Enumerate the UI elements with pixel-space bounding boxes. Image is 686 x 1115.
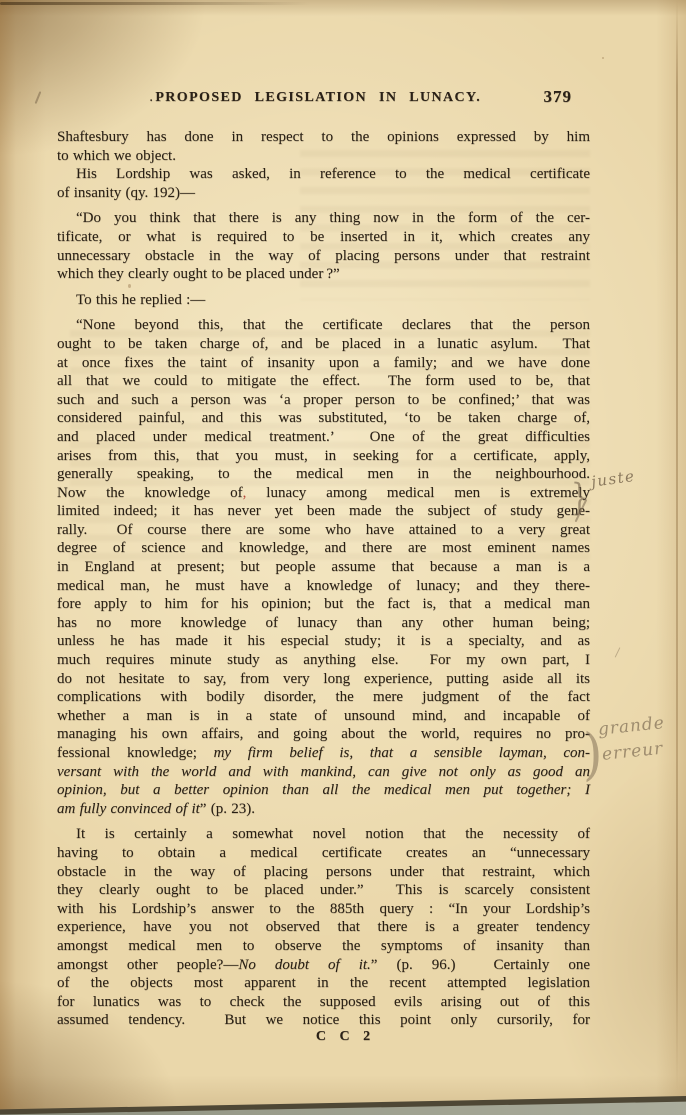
text-line: for lunatics was to check the supposed e… — [57, 993, 590, 1012]
text-line: obstacle in the way of placing persons u… — [57, 863, 590, 882]
text-segment: ” (p. 23). — [200, 801, 255, 817]
paragraph: Shaftesbury has done in respect to the o… — [57, 128, 590, 165]
page-body: Shaftesbury has done in respect to the o… — [57, 128, 590, 1030]
text-segment: amongst other people?— — [57, 957, 238, 973]
text-segment: Now the knowledge of — [57, 485, 243, 501]
text-line: opinion, but a better opinion than all t… — [57, 781, 590, 800]
text-line: in England at present; but people assume… — [57, 558, 590, 577]
italic-text: versant with the world and with mankind,… — [57, 764, 590, 780]
text-line: and placed under medical treatment.’ One… — [57, 428, 590, 447]
page-top-edge — [0, 2, 310, 5]
text-line: at once fixes the taint of insanity upon… — [57, 354, 590, 373]
text-line: fessional knowledge; my firm belief is, … — [57, 744, 590, 763]
text-line: fore apply to him for his opinion; but t… — [57, 595, 590, 614]
paragraph: It is certainly a somewhat novel notion … — [57, 825, 590, 1030]
text-line: amongst other people?—No doubt of it.” (… — [57, 956, 590, 975]
text-line: arises from this, that you must, in seek… — [57, 447, 590, 466]
text-line: complications with bodily disorder, the … — [57, 688, 590, 707]
text-line: considered painful, and this was substit… — [57, 409, 590, 428]
text-line: having to obtain a medical certificate c… — [57, 844, 590, 863]
text-line: unnecessary obstacle in the way of placi… — [57, 247, 590, 266]
text-line: such and such a person was ‘a proper per… — [57, 391, 590, 410]
text-line: “None beyond this, that the certificate … — [57, 316, 590, 335]
text-line: amongst medical men to observe the sympt… — [57, 937, 590, 956]
text-line: unless he has made it his especial study… — [57, 632, 590, 651]
text-line: To this he replied :— — [57, 291, 590, 310]
italic-text: my firm belief is, that a sensible layma… — [214, 745, 590, 761]
text-line: Now the knowledge of, lunacy among medic… — [57, 484, 590, 503]
text-line: “Do you think that there is any thing no… — [57, 209, 590, 228]
text-segment: fessional knowledge; — [57, 745, 214, 761]
text-segment: lunacy among medical men is extremely — [246, 485, 590, 501]
text-line: to which we object. — [57, 147, 590, 166]
text-line: versant with the world and with mankind,… — [57, 763, 590, 782]
page-number: 379 — [544, 87, 573, 107]
text-line: ought to be taken charge of, and be plac… — [57, 335, 590, 354]
text-line: managing his own affairs, and going abou… — [57, 725, 590, 744]
text-line: His Lordship was asked, in reference to … — [57, 165, 590, 184]
italic-text: opinion, but a better opinion than all t… — [57, 782, 590, 798]
text-line: of the objects most apparent in the rece… — [57, 974, 590, 993]
text-line: assumed tendency. But we notice this poi… — [57, 1011, 590, 1030]
text-line: medical man, he must have a knowledge of… — [57, 577, 590, 596]
scanned-book-page: { "header": { "stray_mark": ".", "title"… — [0, 0, 686, 1115]
paragraph: “None beyond this, that the certificate … — [57, 316, 590, 818]
page-title: .PROPOSED LEGISLATION IN LUNACY. — [49, 90, 582, 106]
text-line: do not hesitate to say, from very long e… — [57, 670, 590, 689]
text-line: generally speaking, to the medical men i… — [57, 465, 590, 484]
text-line: of insanity (qy. 192)— — [57, 184, 590, 203]
text-line: has no more knowledge of lunacy than any… — [57, 614, 590, 633]
text-line: Shaftesbury has done in respect to the o… — [57, 128, 590, 147]
page-right-crease — [676, 0, 678, 1093]
text-line: with his Lordship’s answer to the 885th … — [57, 900, 590, 919]
paragraph: His Lordship was asked, in reference to … — [57, 165, 590, 202]
text-line: degree of science and knowledge, and the… — [57, 539, 590, 558]
paper-speck — [602, 57, 604, 59]
paragraph: “Do you think that there is any thing no… — [57, 209, 590, 283]
text-line: It is certainly a somewhat novel notion … — [57, 825, 590, 844]
text-line: experience, have you not observed that t… — [57, 918, 590, 937]
text-line: tificate, or what is required to be inse… — [57, 228, 590, 247]
text-line: am fully convinced of it” (p. 23). — [57, 800, 590, 819]
text-segment: ” (p. 96.) Certainly one — [371, 957, 590, 973]
italic-text: No doubt of it. — [238, 957, 370, 973]
text-line: rally. Of course there are some who have… — [57, 521, 590, 540]
text-line: all that we could to mitigate the effect… — [57, 372, 590, 391]
stray-ink-dot: . — [150, 93, 153, 104]
text-line: which they clearly ought to be placed un… — [57, 265, 590, 284]
running-header: .PROPOSED LEGISLATION IN LUNACY. 379 — [57, 90, 590, 114]
page-title-text: PROPOSED LEGISLATION IN LUNACY. — [155, 90, 481, 105]
text-line: limited indeed; it has never yet been ma… — [57, 502, 590, 521]
text-line: whether a man is in a state of unsound m… — [57, 707, 590, 726]
paragraph: To this he replied :— — [57, 291, 590, 310]
signature-mark: C C 2 — [79, 1029, 612, 1045]
italic-text: am fully convinced of it — [57, 801, 200, 817]
text-line: much requires minute study as anything e… — [57, 651, 590, 670]
text-line: they clearly ought to be placed under.” … — [57, 881, 590, 900]
